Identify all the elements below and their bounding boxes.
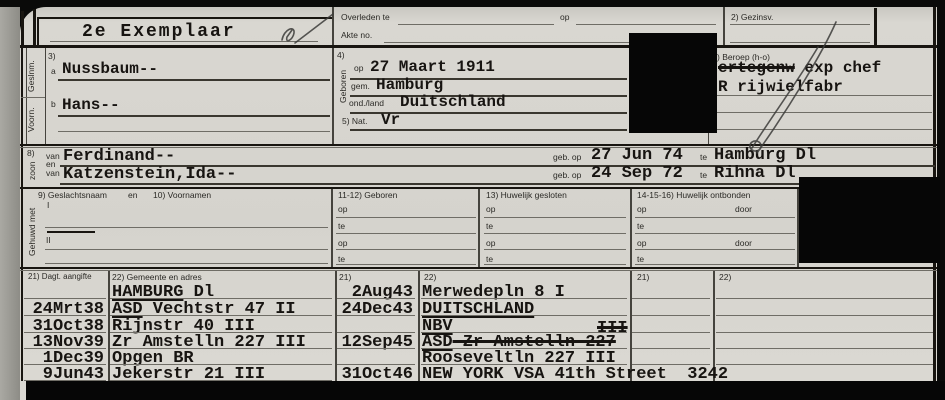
register-address3-header: 22) bbox=[719, 273, 731, 282]
register-date3-header: 21) bbox=[637, 273, 649, 282]
field-number-8: 8) bbox=[27, 149, 35, 158]
birth-country-value: Duitschland bbox=[400, 94, 506, 110]
te-label: te bbox=[338, 222, 345, 231]
akte-label: Akte no. bbox=[341, 31, 372, 40]
op-label: op bbox=[486, 239, 495, 248]
geb-op-label: geb. op bbox=[553, 153, 581, 162]
rule-line bbox=[58, 79, 330, 81]
rule-line bbox=[632, 332, 710, 333]
occupation-line1: ertegenw exp chef bbox=[718, 60, 881, 76]
op-label: op bbox=[338, 205, 347, 214]
overleden-op-label: op bbox=[560, 13, 569, 22]
gem-label: gem. bbox=[351, 82, 370, 91]
rule-line bbox=[45, 249, 328, 250]
dash-mark bbox=[47, 231, 95, 233]
op-label: op bbox=[637, 239, 646, 248]
gezinsv-label: 2) Gezinsv. bbox=[731, 13, 773, 22]
divider bbox=[331, 189, 333, 268]
card-left-border bbox=[21, 271, 23, 381]
redaction-bar-bottom bbox=[26, 381, 945, 400]
section-border bbox=[20, 45, 937, 48]
van-label: van bbox=[46, 169, 60, 178]
rule-line bbox=[58, 131, 330, 132]
en-header: en bbox=[128, 191, 137, 200]
voornamen-header: 10) Voornamen bbox=[153, 191, 211, 200]
rule-line bbox=[714, 95, 932, 96]
register-address-header: 22) Gemeente en adres bbox=[112, 273, 202, 282]
rule-line bbox=[484, 249, 626, 250]
geslachtsnaam-header: 9) Geslachtsnaam bbox=[38, 191, 107, 200]
occupation-struck: ertegenw bbox=[718, 59, 795, 77]
mother-birth-date: 24 Sep 72 bbox=[591, 165, 683, 182]
copy-stamp: 2e Exemplaar bbox=[82, 23, 236, 41]
persoonskaart-scan: 2e Exemplaar Overleden te op Akte no. 2)… bbox=[0, 0, 945, 400]
gesloten-col-header: 13) Huwelijk gesloten bbox=[486, 191, 567, 200]
rule-line bbox=[716, 315, 933, 316]
rule-line bbox=[576, 24, 716, 25]
rule-line bbox=[337, 315, 415, 316]
rule-line bbox=[398, 24, 554, 25]
rule-line bbox=[58, 115, 330, 117]
rule-line bbox=[336, 264, 476, 265]
te-label: te bbox=[637, 222, 644, 231]
surname-side-label: Geslnm. bbox=[27, 57, 36, 95]
marriage-row-1-marker: I bbox=[47, 201, 49, 210]
rule-line bbox=[45, 227, 328, 228]
rule-line bbox=[45, 263, 328, 264]
field-number-3: 3) bbox=[48, 52, 56, 61]
rule-line bbox=[714, 129, 932, 130]
rule-line bbox=[632, 298, 710, 299]
geboren-side-label: Geboren bbox=[339, 62, 348, 110]
land-label: ond./land bbox=[349, 99, 384, 108]
rule-line bbox=[24, 315, 106, 316]
geboren-op-label: op bbox=[354, 64, 363, 73]
border-line bbox=[21, 11, 24, 48]
rule-line bbox=[714, 112, 932, 113]
rule-line bbox=[635, 249, 795, 250]
rule-line bbox=[484, 233, 626, 234]
op-label: op bbox=[486, 205, 495, 214]
rule-line bbox=[716, 332, 933, 333]
te-label: te bbox=[338, 255, 345, 264]
op-label: op bbox=[338, 239, 347, 248]
surname-value: Nussbaum-- bbox=[62, 61, 158, 77]
nat-label: 5) Nat. bbox=[342, 117, 368, 126]
geboren-col-header: 11-12) Geboren bbox=[338, 191, 397, 200]
divider bbox=[630, 189, 632, 268]
gehuwd-met-side-label: Gehuwd met bbox=[28, 203, 37, 261]
rule-line bbox=[632, 315, 710, 316]
rule-line bbox=[421, 298, 627, 299]
divider bbox=[418, 271, 420, 381]
rule-line bbox=[24, 298, 106, 299]
rule-line bbox=[336, 233, 476, 234]
rule-line bbox=[730, 42, 870, 43]
mother-birth-place: Rihna Dl bbox=[714, 165, 796, 182]
row-marker-a: a bbox=[51, 67, 56, 76]
rule-line bbox=[21, 97, 45, 98]
birth-place-value: Hamburg bbox=[376, 77, 443, 93]
border-line bbox=[874, 8, 877, 48]
field-number-4: 4) bbox=[337, 51, 345, 60]
father-birth-place: Hamburg Dl bbox=[714, 147, 816, 164]
register-date-header: 21) Dagt. aangifte bbox=[28, 273, 92, 281]
rule-line bbox=[716, 348, 933, 349]
te-label: te bbox=[486, 222, 493, 231]
row-marker-b: b bbox=[51, 100, 56, 109]
divider bbox=[332, 7, 334, 48]
rule-line bbox=[632, 348, 710, 349]
door-label: door bbox=[735, 205, 752, 214]
birth-date-value: 27 Maart 1911 bbox=[370, 59, 495, 75]
rule-line bbox=[635, 233, 795, 234]
firstname-value: Hans-- bbox=[62, 97, 120, 113]
rule-line bbox=[716, 364, 933, 365]
divider bbox=[332, 48, 334, 144]
ontbonden-col-header: 14-15-16) Huwelijk ontbonden bbox=[637, 191, 750, 200]
rule-line bbox=[484, 217, 626, 218]
rule-line bbox=[421, 315, 627, 316]
divider bbox=[478, 189, 480, 268]
rule-line bbox=[336, 217, 476, 218]
rule-line bbox=[350, 129, 627, 131]
redaction-box bbox=[799, 177, 940, 263]
section-border bbox=[20, 267, 937, 269]
divider bbox=[45, 48, 46, 144]
rule-line bbox=[337, 348, 415, 349]
te-label: te bbox=[700, 153, 707, 162]
overleden-label: Overleden te bbox=[341, 13, 390, 22]
rule-line bbox=[730, 24, 870, 25]
card-left-border bbox=[21, 48, 23, 271]
rule-line bbox=[110, 315, 332, 316]
register-address2-header: 22) bbox=[424, 273, 436, 282]
border-line bbox=[33, 9, 36, 48]
te-label: te bbox=[700, 171, 707, 180]
op-label: op bbox=[637, 205, 646, 214]
rule-line bbox=[110, 298, 332, 299]
mother-name: Katzenstein,Ida-- bbox=[63, 166, 236, 183]
rule-line bbox=[635, 264, 795, 265]
rule-line bbox=[484, 264, 626, 265]
te-label: te bbox=[637, 255, 644, 264]
occupation-rest: exp chef bbox=[795, 59, 881, 77]
occupation-line2: R rijwielfabr bbox=[718, 79, 843, 95]
te-label: te bbox=[486, 255, 493, 264]
register-date2-header: 21) bbox=[339, 273, 351, 282]
father-name: Ferdinand-- bbox=[63, 148, 175, 165]
father-birth-date: 27 Jun 74 bbox=[591, 147, 683, 164]
nationality-value: Vr bbox=[381, 112, 400, 128]
scan-left-margin bbox=[0, 7, 20, 400]
rule-line bbox=[635, 217, 795, 218]
marriage-row-2-marker: II bbox=[46, 236, 51, 245]
rule-line bbox=[336, 249, 476, 250]
door-label: door bbox=[735, 239, 752, 248]
firstname-side-label: Voorn. bbox=[27, 101, 36, 139]
divider bbox=[723, 7, 725, 48]
rule-line bbox=[716, 298, 933, 299]
redaction-box bbox=[629, 33, 717, 133]
rule-line bbox=[20, 270, 937, 271]
rule-line bbox=[337, 298, 415, 299]
geb-op-label: geb. op bbox=[553, 171, 581, 180]
zoon-side-label: zoon bbox=[28, 158, 37, 184]
